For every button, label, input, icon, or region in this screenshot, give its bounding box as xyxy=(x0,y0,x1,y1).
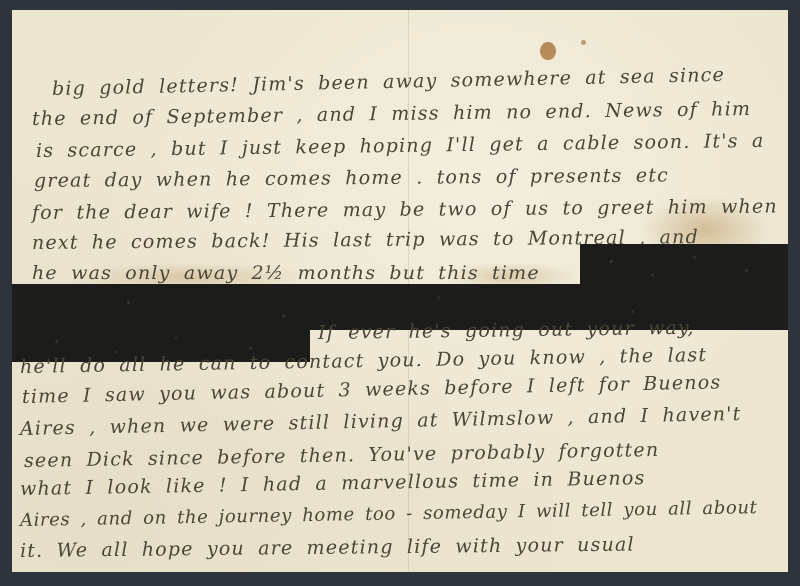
redaction-block-top-right xyxy=(580,244,788,288)
ink-speck xyxy=(581,40,586,45)
letter-line-7: he was only away 2½ months but this time xyxy=(32,262,540,284)
ink-stain xyxy=(540,42,556,60)
